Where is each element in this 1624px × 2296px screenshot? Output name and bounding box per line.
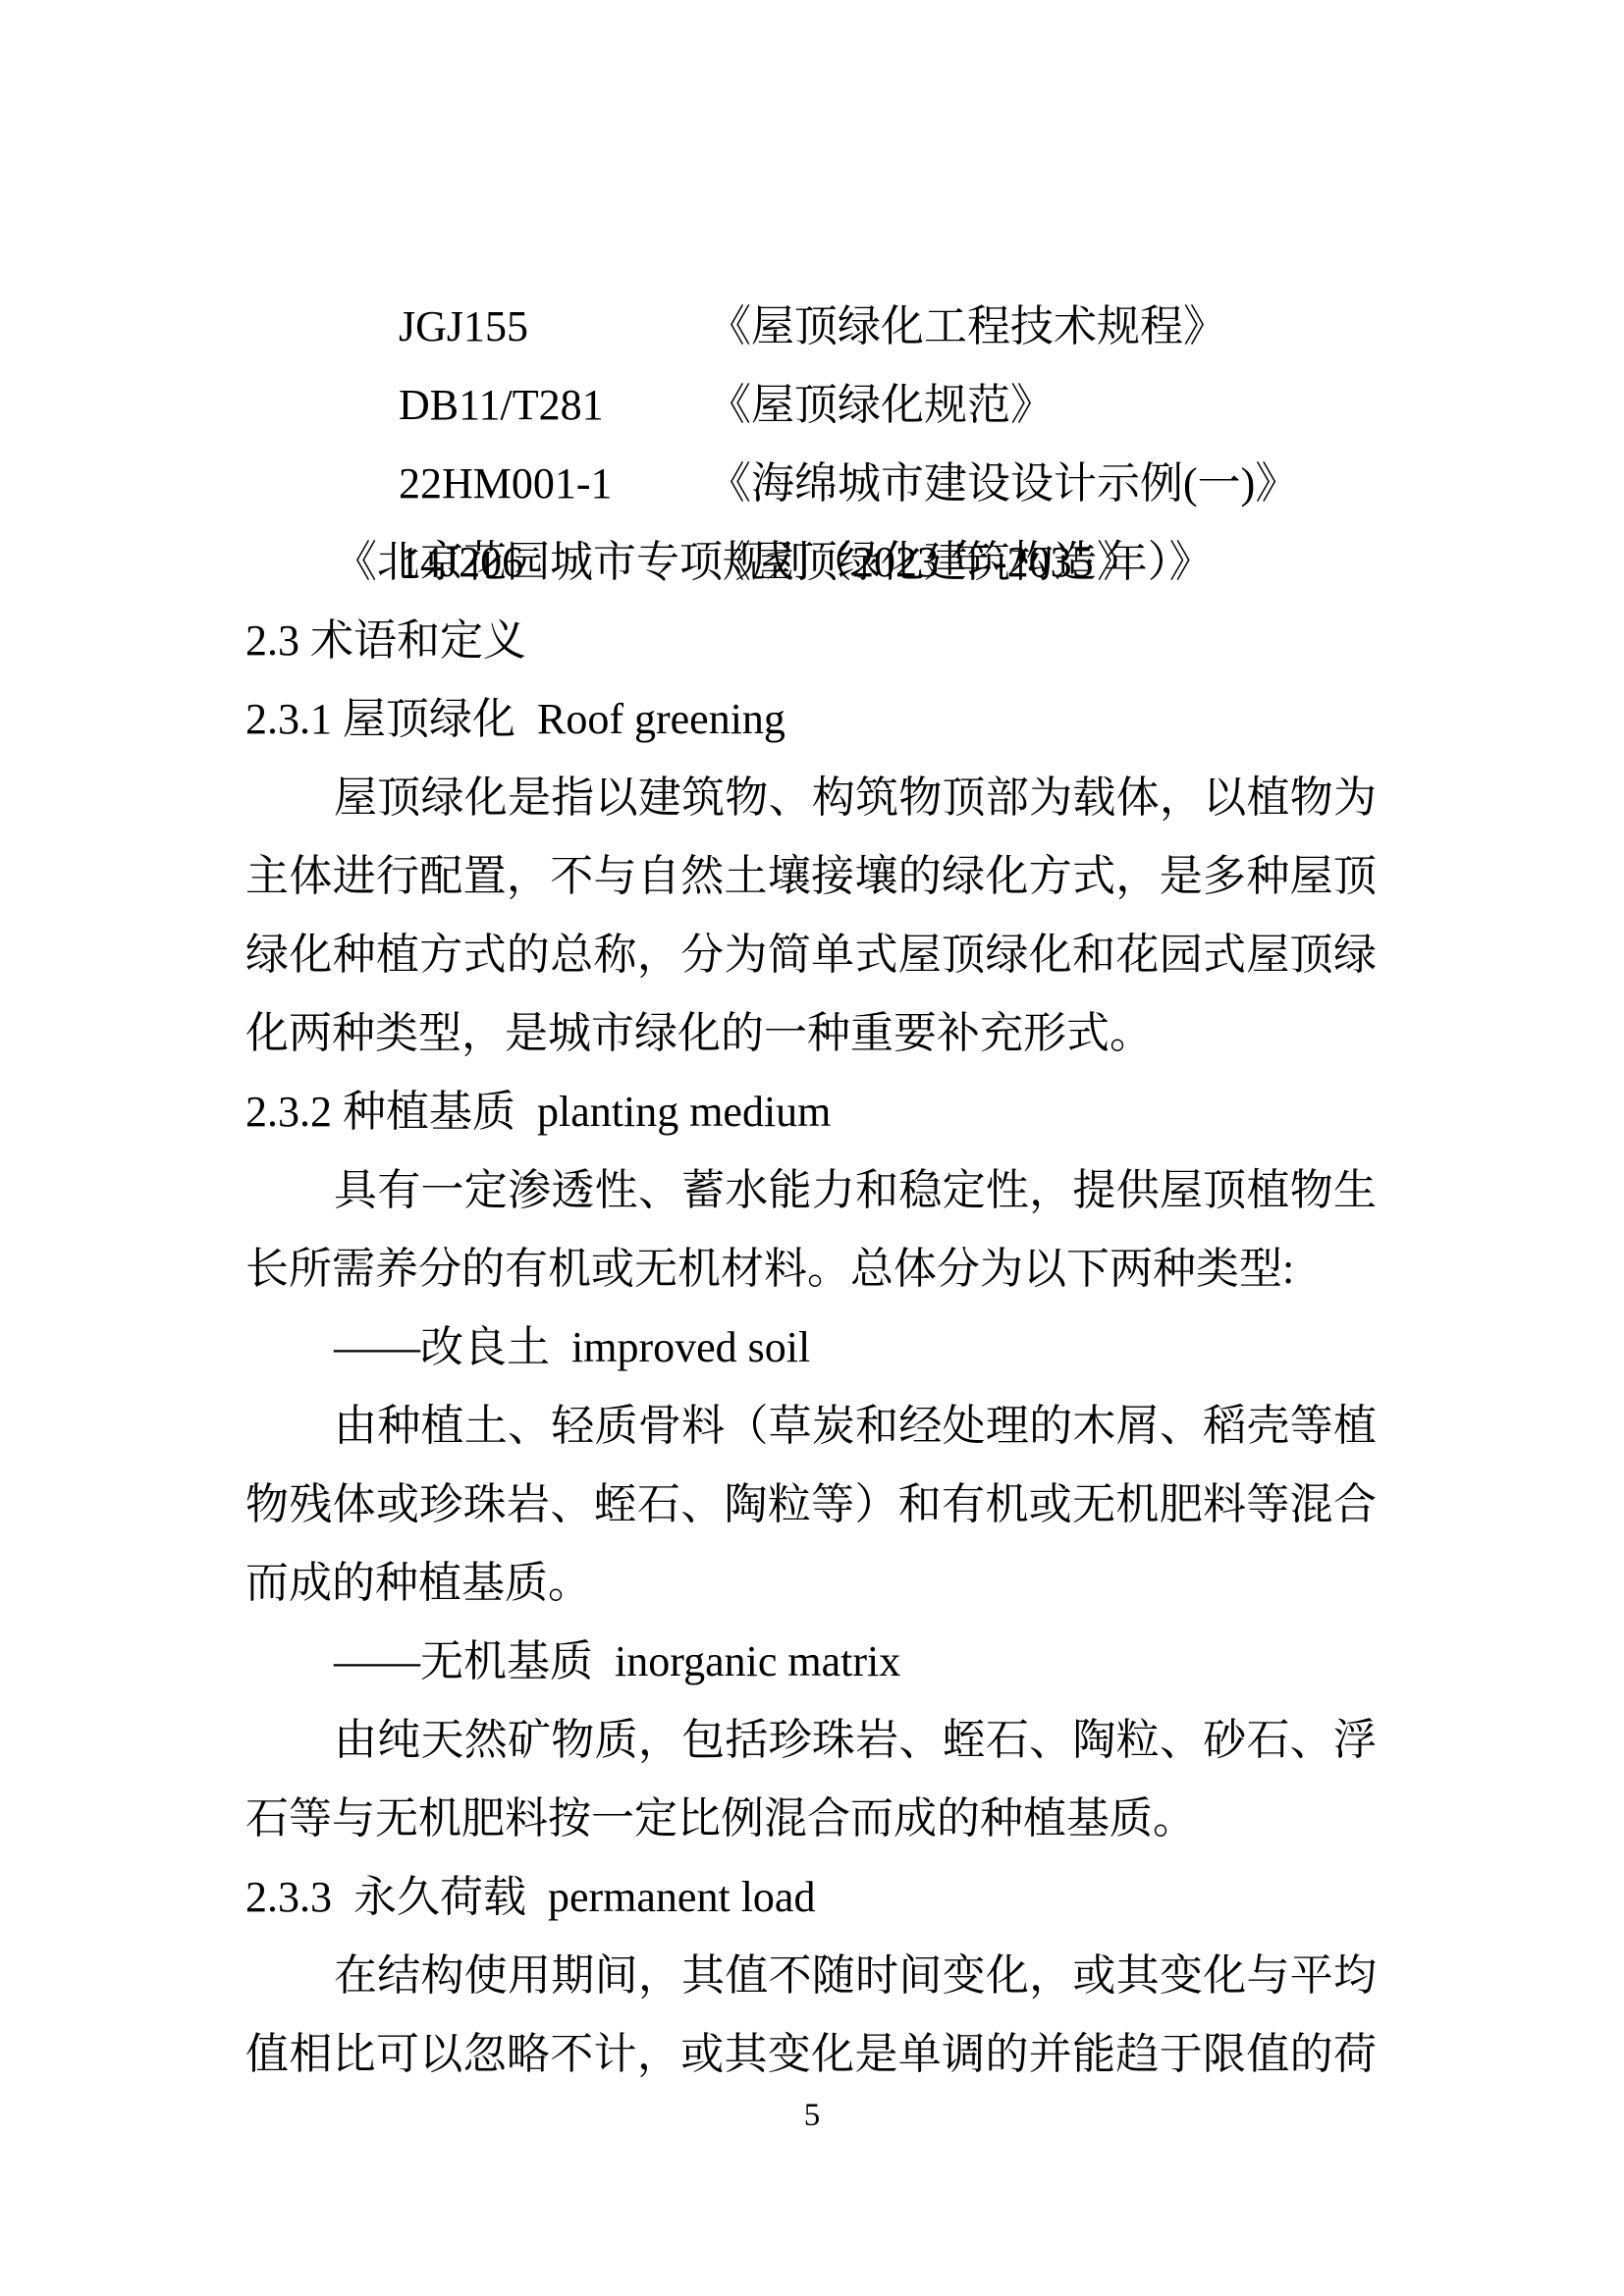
reference-code: JGJ155 xyxy=(399,288,708,366)
list-item-inorganic-matrix: ——无机基质 inorganic matrix xyxy=(245,1623,1377,1701)
paragraph-line: 长所需养分的有机或无机材料。总体分为以下两种类型: xyxy=(245,1230,1377,1308)
paragraph-line: 在结构使用期间，其值不随时间变化，或其变化与平均 xyxy=(245,1937,1377,2015)
page-content: JGJ155《屋顶绿化工程技术规程》 DB11/T281《屋顶绿化规范》 22H… xyxy=(245,209,1377,2094)
section-heading-2-3: 2.3 术语和定义 xyxy=(245,602,1377,680)
reference-title: 《屋顶绿化规范》 xyxy=(708,381,1054,429)
paragraph-line: 绿化种植方式的总称，分为简单式屋顶绿化和花园式屋顶绿 xyxy=(245,916,1377,994)
reference-row: JGJ155《屋顶绿化工程技术规程》 xyxy=(245,209,1377,288)
reference-code: 22HM001-1 xyxy=(399,445,708,523)
term-heading-2-3-1: 2.3.1 屋顶绿化 Roof greening xyxy=(245,680,1377,759)
paragraph-line: 物残体或珍珠岩、蛭石、陶粒等）和有机或无机肥料等混合 xyxy=(245,1466,1377,1544)
plan-reference-line: 《北京花园城市专项规划（2023 年-2035 年）》 xyxy=(245,523,1377,602)
term-heading-2-3-2: 2.3.2 种植基质 planting medium xyxy=(245,1073,1377,1151)
list-item-improved-soil: ——改良土 improved soil xyxy=(245,1308,1377,1387)
reference-code: DB11/T281 xyxy=(399,366,708,445)
paragraph-line: 屋顶绿化是指以建筑物、构筑物顶部为载体，以植物为 xyxy=(245,759,1377,837)
paragraph-line: 化两种类型，是城市绿化的一种重要补充形式。 xyxy=(245,994,1377,1073)
paragraph-line: 由纯天然矿物质，包括珍珠岩、蛭石、陶粒、砂石、浮 xyxy=(245,1701,1377,1780)
document-page: JGJ155《屋顶绿化工程技术规程》 DB11/T281《屋顶绿化规范》 22H… xyxy=(0,0,1624,2296)
page-number: 5 xyxy=(0,2091,1624,2140)
paragraph-line: 值相比可以忽略不计，或其变化是单调的并能趋于限值的荷 xyxy=(245,2015,1377,2094)
paragraph-line: 主体进行配置，不与自然土壤接壤的绿化方式，是多种屋顶 xyxy=(245,837,1377,916)
paragraph-line: 由种植土、轻质骨料（草炭和经处理的木屑、稻壳等植 xyxy=(245,1387,1377,1466)
term-heading-2-3-3: 2.3.3 永久荷载 permanent load xyxy=(245,1858,1377,1937)
paragraph-line: 具有一定渗透性、蓄水能力和稳定性，提供屋顶植物生 xyxy=(245,1151,1377,1230)
paragraph-line: 石等与无机肥料按一定比例混合而成的种植基质。 xyxy=(245,1780,1377,1858)
reference-title: 《海绵城市建设设计示例(一)》 xyxy=(708,459,1298,507)
reference-title: 《屋顶绿化工程技术规程》 xyxy=(708,302,1226,350)
paragraph-line: 而成的种植基质。 xyxy=(245,1544,1377,1623)
